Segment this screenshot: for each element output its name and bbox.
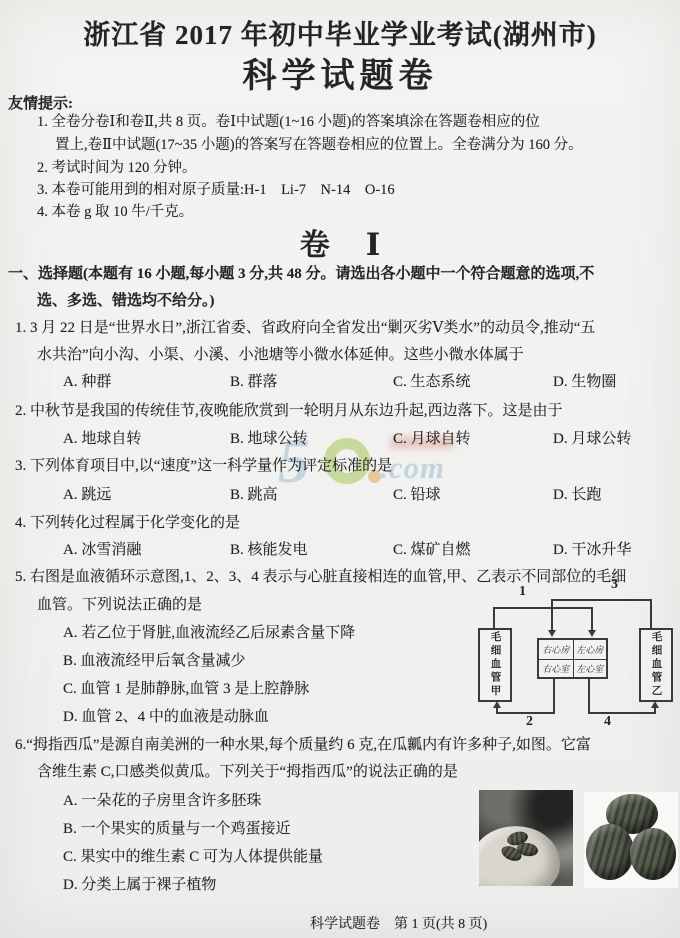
part-heading-char: 卷: [300, 229, 330, 262]
q5-option-a: A. 若乙位于肾脏,血液流经乙后尿素含量下降: [63, 625, 355, 642]
watermelon-left: [586, 824, 634, 880]
page-title: 浙江省 2017 年初中毕业学业考试(湖州市): [0, 13, 680, 52]
q2-option-a: A. 地球自转: [63, 431, 141, 448]
vessel-4-line: [588, 712, 656, 714]
hint-line: 3. 本卷可能用到的相对原子质量:H-1 Li-7 N-14 O-16: [37, 182, 395, 198]
vessel-4-line: [654, 707, 656, 714]
q2-option-c: C. 月球自转: [393, 431, 471, 448]
capillary-jia-label: 毛细血管甲: [488, 631, 503, 699]
vessel-3-line: [650, 599, 652, 628]
question-5-line: 5. 右图是血液循环示意图,1、2、3、4 表示与心脏直接相连的血管,甲、乙表示…: [15, 569, 626, 586]
question-5-line: 血管。下列说法正确的是: [37, 597, 202, 614]
capillary-box-yi: 毛细血管乙: [639, 628, 673, 702]
question-2-line: 2. 中秋节是我国的传统佳节,夜晚能欣赏到一轮明月从东边升起,西边落下。这是由于: [15, 403, 563, 420]
question-1-line: 水共治”向小沟、小渠、小溪、小池塘等小微水体延伸。这些小微水体属于: [37, 347, 524, 364]
arrow-up-icon: [493, 701, 501, 708]
hint-line: 2. 考试时间为 120 分钟。: [37, 160, 197, 176]
arrow-down-icon: [588, 630, 596, 637]
q5-option-c: C. 血管 1 是肺静脉,血管 3 是上腔静脉: [63, 681, 309, 698]
section-1-line-1: 一、选择题(本题有 16 小题,每小题 3 分,共 48 分。请选出各小题中一个…: [8, 266, 594, 283]
question-3-line: 3. 下列体育项目中,以“速度”这一科学量作为评定标准的是: [15, 458, 392, 475]
question-4-line: 4. 下列转化过程属于化学变化的是: [15, 515, 240, 532]
q4-option-b: B. 核能发电: [230, 542, 308, 559]
vessel-label-3: 3: [611, 577, 618, 593]
vessel-1-line: [493, 607, 495, 628]
q1-option-c: C. 生态系统: [393, 374, 471, 391]
q3-option-b: B. 跳高: [230, 487, 278, 504]
q3-option-c: C. 铅球: [393, 487, 441, 504]
vessel-1-line: [591, 607, 593, 630]
part-heading-numeral: Ⅰ: [366, 227, 381, 262]
heart-cell-left-ventricle: 左心室: [573, 659, 607, 678]
q5-option-b: B. 血液流经甲后氧含量减少: [63, 653, 246, 670]
q6-option-b: B. 一个果实的质量与一个鸡蛋接近: [63, 821, 291, 838]
heart-cell-left-atrium: 左心房: [573, 640, 607, 659]
q6-option-c: C. 果实中的维生素 C 可为人体提供能量: [63, 849, 323, 866]
vessel-3-line: [551, 599, 553, 630]
thumb-watermelon-hand-photo: [479, 790, 573, 886]
q4-option-d: D. 干冰升华: [553, 542, 631, 559]
hint-line: 4. 本卷 g 取 10 牛/千克。: [37, 204, 193, 220]
q2-option-d: D. 月球公转: [553, 431, 631, 448]
question-1-line: 1. 3 月 22 日是“世界水日”,浙江省委、省政府向全省发出“剿灭劣Ⅴ类水”…: [15, 320, 595, 337]
vessel-2-line: [496, 707, 498, 714]
vessel-1-line: [493, 607, 593, 609]
q5-option-d: D. 血管 2、4 中的血液是动脉血: [63, 709, 269, 726]
heart-cell-right-atrium: 右心房: [539, 640, 573, 659]
heart-cell-right-ventricle: 右心室: [539, 659, 573, 678]
section-1-line-2: 选、多选、错选均不给分。): [37, 293, 215, 310]
q3-option-d: D. 长跑: [553, 487, 601, 504]
q6-option-d: D. 分类上属于裸子植物: [63, 877, 216, 894]
arrow-down-icon: [548, 630, 556, 637]
q1-option-d: D. 生物圈: [553, 374, 616, 391]
thumb-watermelons-photo: [584, 792, 678, 888]
part-1-heading: 卷 Ⅰ: [0, 220, 680, 264]
vessel-3-line: [551, 599, 652, 601]
page-footer: 科学试题卷 第 1 页(共 8 页): [310, 916, 487, 933]
question-6-line: 含维生素 C,口感类似黄瓜。下列关于“拇指西瓜”的说法正确的是: [37, 764, 458, 781]
q1-option-b: B. 群落: [230, 374, 278, 391]
vessel-label-4: 4: [604, 714, 611, 730]
watermelon-right: [630, 828, 676, 880]
vessel-label-2: 2: [526, 714, 533, 730]
capillary-yi-label: 毛细血管乙: [649, 631, 664, 699]
question-6-line: 6.“拇指西瓜”是源自南美洲的一种水果,每个质量约 6 克,在瓜瓤内有许多种子,…: [15, 737, 591, 754]
hints-label: 友情提示:: [8, 96, 73, 112]
arrow-up-icon: [651, 701, 659, 708]
q1-option-a: A. 种群: [63, 374, 111, 391]
q4-option-c: C. 煤矿自燃: [393, 542, 471, 559]
capillary-box-jia: 毛细血管甲: [478, 628, 512, 702]
hint-line: 置上,卷Ⅱ中试题(17~35 小题)的答案写在答题卷相应的位置上。全卷满分为 1…: [55, 137, 583, 153]
vessel-4-line: [588, 679, 590, 714]
vessel-2-line: [553, 679, 555, 714]
heart-box: 右心房 左心房 右心室 左心室: [537, 638, 608, 679]
q2-option-b: B. 地球公转: [230, 431, 308, 448]
q6-option-a: A. 一朵花的子房里含许多胚珠: [63, 793, 261, 810]
page-subtitle: 科学试题卷: [0, 48, 680, 97]
exam-paper-page: 浙江省 2017 年初中毕业学业考试(湖州市) 科学试题卷 友情提示: 1. 全…: [0, 0, 680, 938]
vessel-label-1: 1: [519, 584, 526, 600]
q3-option-a: A. 跳远: [63, 487, 111, 504]
hint-line: 1. 全卷分卷Ⅰ和卷Ⅱ,共 8 页。卷Ⅰ中试题(1~16 小题)的答案填涂在答题…: [37, 114, 540, 130]
q4-option-a: A. 冰雪消融: [63, 542, 141, 559]
